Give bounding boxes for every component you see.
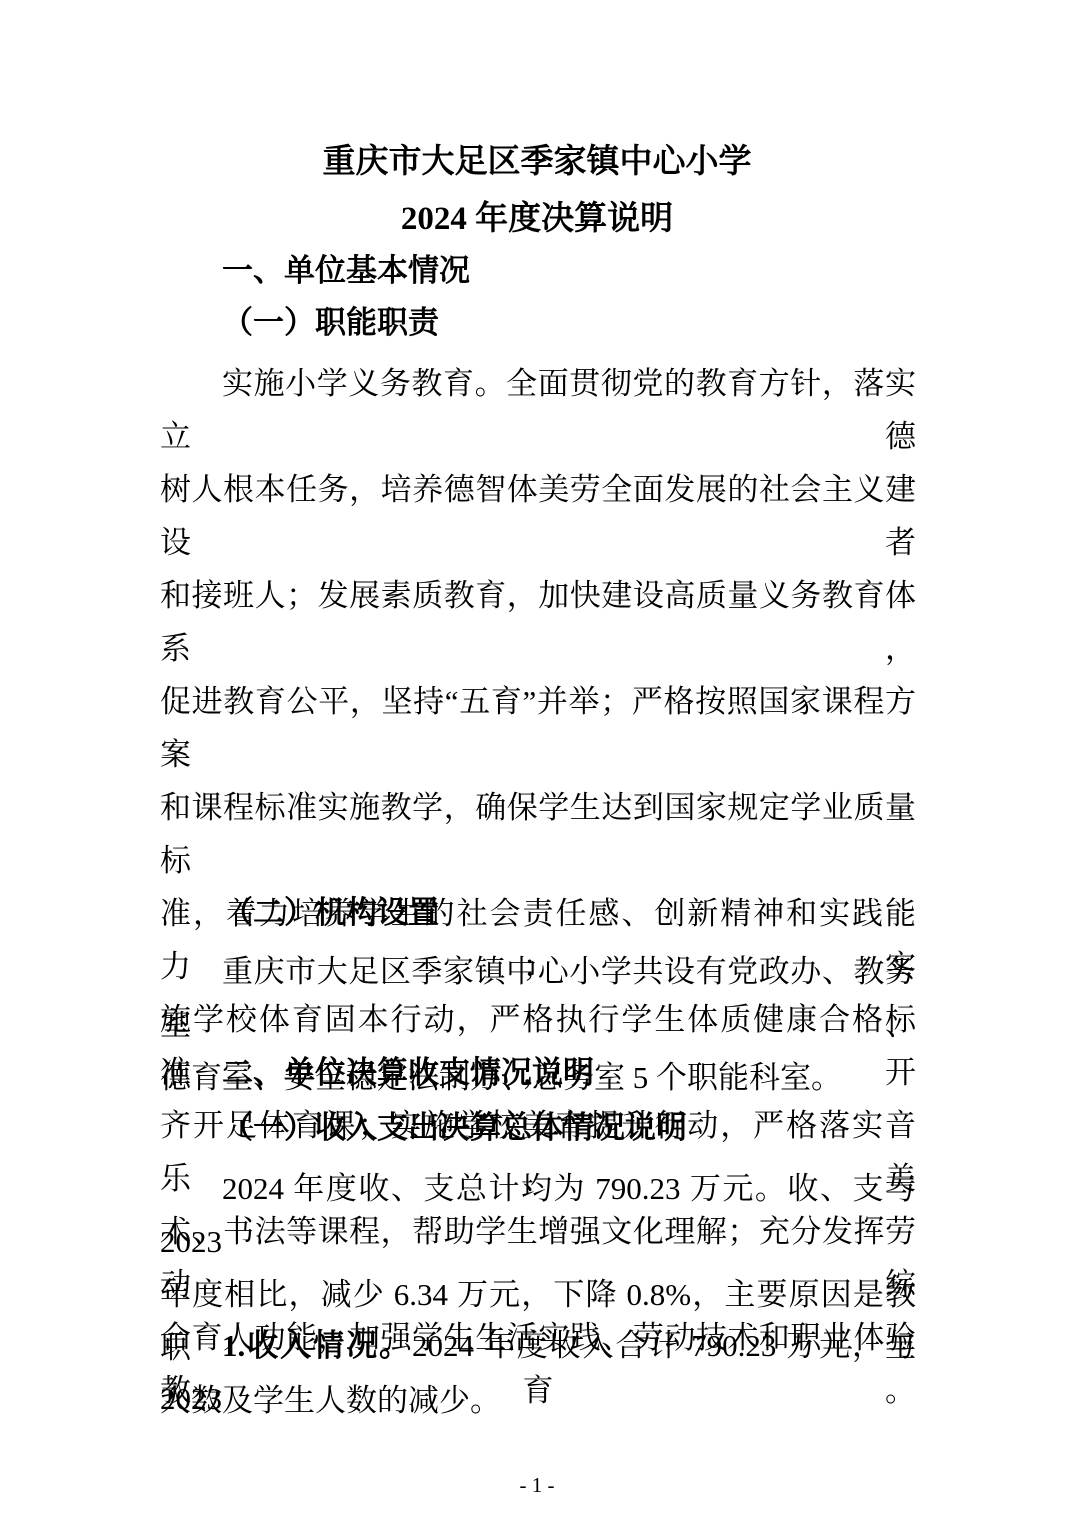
heading-unit-basic-info: 一、单位基本情况 <box>160 248 916 294</box>
text-line: 和课程标准实施教学，确保学生达到国家规定学业质量标 <box>160 781 916 887</box>
text-line: 2024 年度收、支总计均为 790.23 万元。收、支与 2023 <box>160 1162 916 1268</box>
document-subtitle: 2024 年度决算说明 <box>0 196 1074 242</box>
paragraph-income: 1.收入情况。2024 年度收入合计 790.23 万元，与 2023 <box>160 1319 916 1425</box>
heading-duties: （一）职能职责 <box>160 300 916 346</box>
page-number: - 1 - <box>0 1470 1074 1500</box>
text-line: 1.收入情况。2024 年度收入合计 790.23 万元，与 2023 <box>160 1319 916 1425</box>
heading-income-expenditure-overview: （一）收入支出决算总体情况说明 <box>160 1105 916 1151</box>
document-page: 重庆市大足区季家镇中心小学 2024 年度决算说明 一、单位基本情况 （一）职能… <box>0 0 1074 1520</box>
text-line: 实施小学义务教育。全面贯彻党的教育方针，落实立德 <box>160 357 916 463</box>
text-line: 和接班人；发展素质教育，加快建设高质量义务教育体系， <box>160 569 916 675</box>
document-title: 重庆市大足区季家镇中心小学 <box>0 139 1074 185</box>
text-line: 促进教育公平，坚持“五育”并举；严格按照国家课程方案 <box>160 675 916 781</box>
income-lead: 1.收入情况。 <box>222 1328 412 1363</box>
heading-final-accounts: 二、单位决算收支情况说明 <box>160 1050 916 1096</box>
text-line: 树人根本任务，培养德智体美劳全面发展的社会主义建设者 <box>160 463 916 569</box>
heading-org-structure: （二）机构设置 <box>160 890 916 936</box>
text-line: 重庆市大足区季家镇中心小学共设有党政办、教务室、 <box>160 945 916 1051</box>
